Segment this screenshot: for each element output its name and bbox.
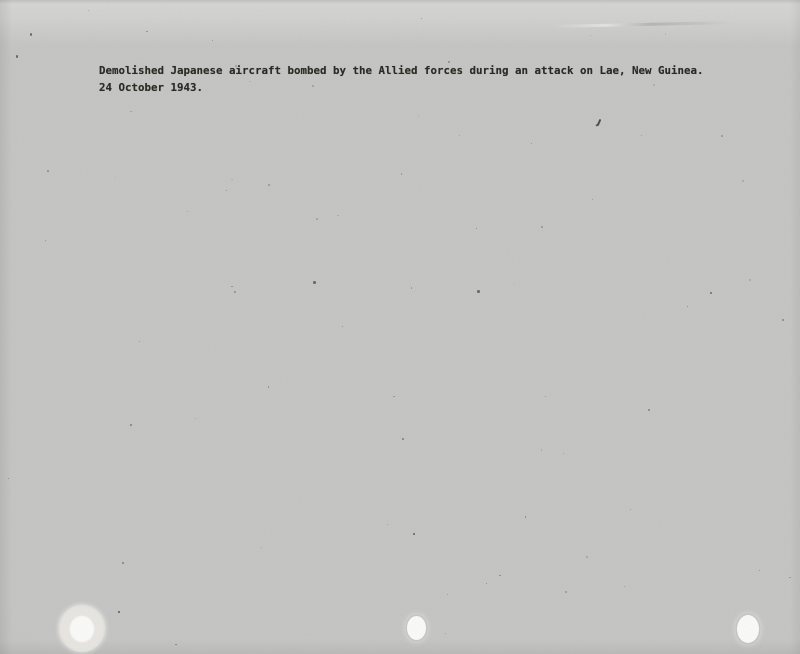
paper-specks	[0, 0, 800, 654]
hole-punch-left	[69, 615, 95, 643]
hole-punch-middle	[407, 616, 426, 640]
stray-ink-mark	[597, 119, 602, 126]
scan-edge-shading	[0, 0, 800, 654]
caption-line-2: 24 October 1943.	[99, 80, 739, 97]
scan-vignette	[0, 0, 800, 654]
typed-caption: Demolished Japanese aircraft bombed by t…	[99, 63, 739, 97]
hole-punch-left-reinforcement	[59, 605, 105, 652]
scan-top-edge-highlight	[0, 0, 800, 46]
hole-punch-right	[737, 615, 759, 643]
paper-grain-texture	[0, 0, 800, 654]
paper-crease	[552, 21, 732, 28]
caption-line-1: Demolished Japanese aircraft bombed by t…	[99, 63, 739, 80]
scanned-caption-card: Demolished Japanese aircraft bombed by t…	[0, 0, 800, 654]
